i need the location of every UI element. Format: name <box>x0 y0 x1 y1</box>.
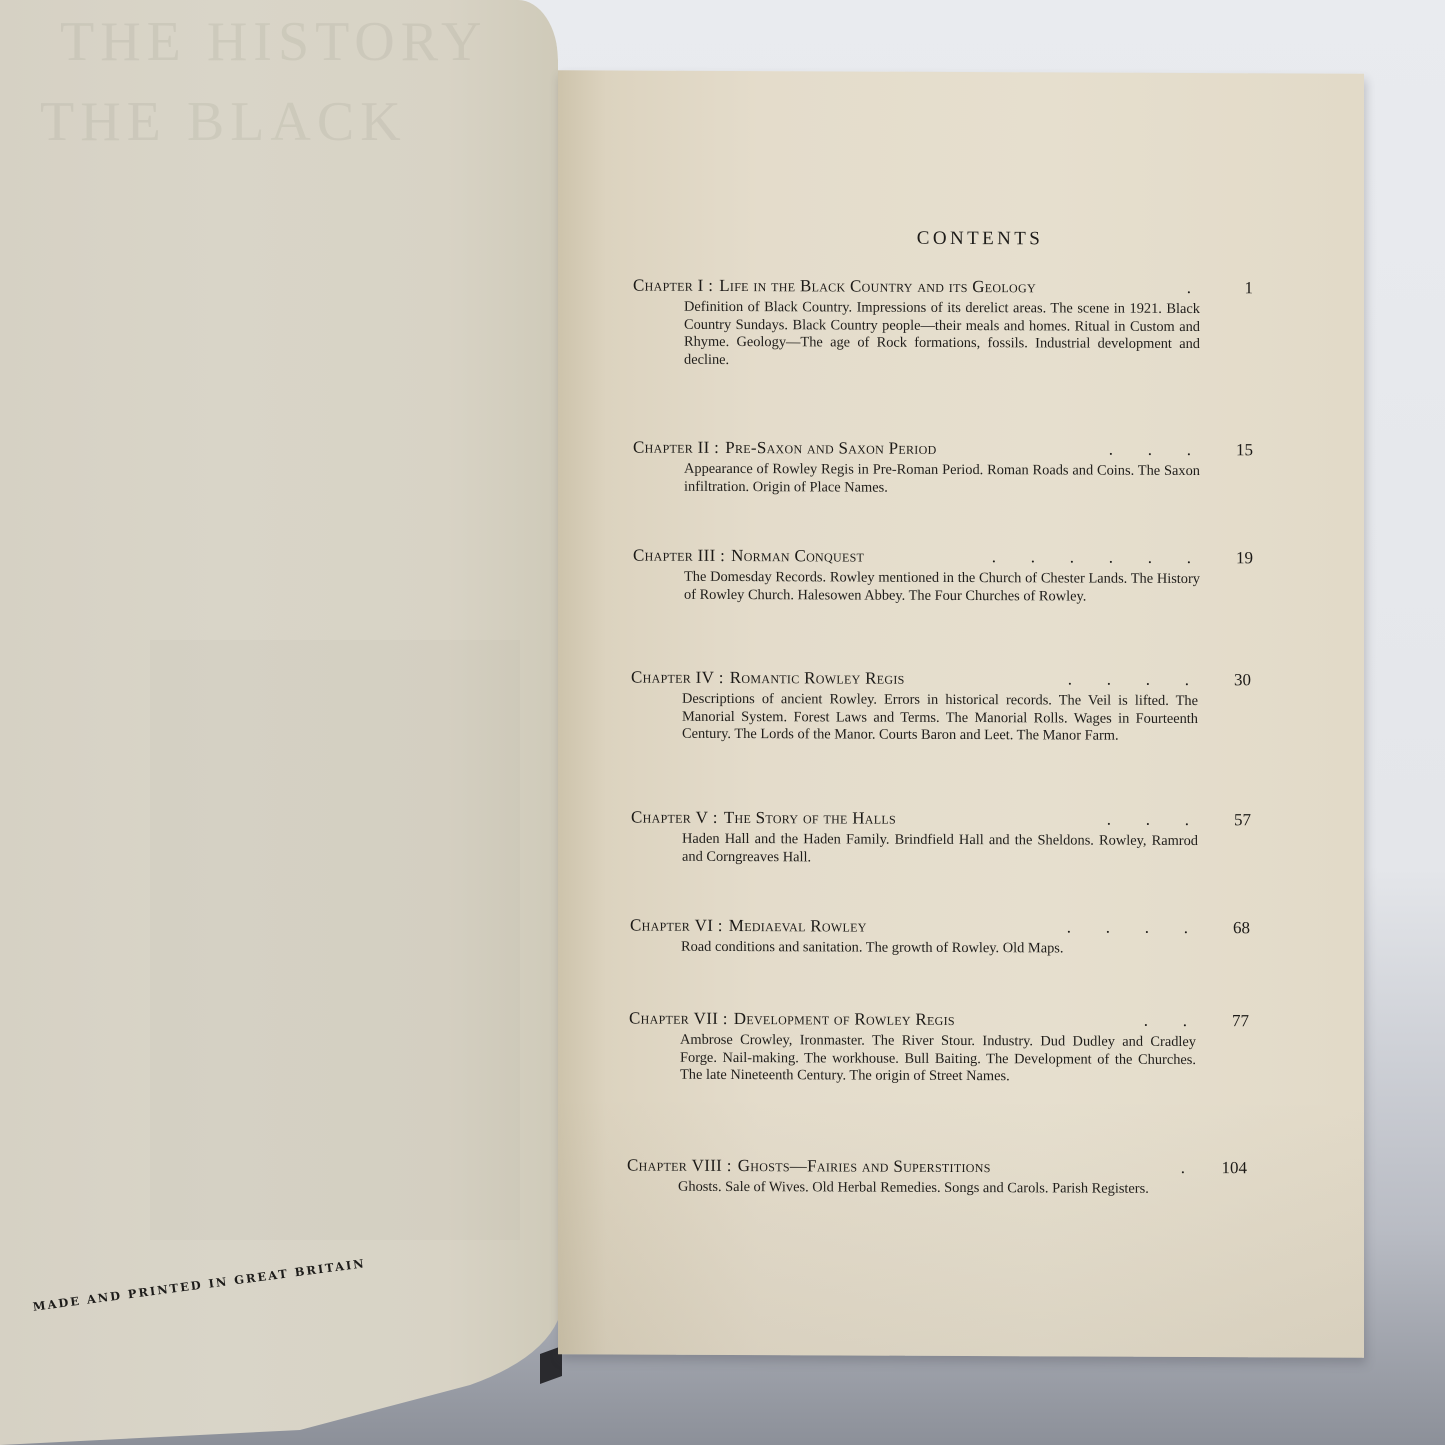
chapter-heading: Chapter II : Pre-Saxon and Saxon Period … <box>633 438 1253 461</box>
contents-page: CONTENTS Chapter I : Life in the Black C… <box>558 70 1364 1358</box>
leader-dot: . <box>1074 547 1113 567</box>
page-number: 68 <box>1198 918 1250 938</box>
chapter-numeral: VIII <box>692 1156 722 1175</box>
dot-leaders: .... <box>905 669 1199 690</box>
leader-dot: . <box>1113 548 1152 568</box>
chapter-heading: Chapter IV : Romantic Rowley Regis .... … <box>631 668 1251 691</box>
chapter-description: Ambrose Crowley, Ironmaster. The River S… <box>680 1032 1196 1087</box>
leader-dot: . <box>1072 809 1111 829</box>
chapter-label: Chapter V : <box>631 808 718 828</box>
chapter-numeral: VII <box>694 1009 719 1028</box>
chapter-title: Mediaeval Rowley <box>729 916 867 937</box>
chapter-title: Norman Conquest <box>731 546 864 567</box>
chapter-numeral: III <box>698 546 716 565</box>
page-number: 30 <box>1199 670 1251 690</box>
dot-leaders: ... <box>896 809 1199 830</box>
photo-scene: THE HISTORY THE BLACK MADE AND PRINTED I… <box>0 0 1445 1445</box>
chapter-label: Chapter VIII : <box>627 1156 732 1176</box>
chapter-numeral: V <box>696 808 709 827</box>
leader-dot: . <box>996 547 1035 567</box>
chapter-entry: Chapter VIII : Ghosts—Fairies and Supers… <box>627 1156 1247 1199</box>
leader-dot: . <box>1152 278 1191 298</box>
chapter-heading: Chapter V : The Story of the Halls ... 5… <box>631 808 1251 831</box>
leader-dot: . <box>1109 1011 1148 1031</box>
chapter-numeral: IV <box>696 668 715 687</box>
leader-dot: . <box>1113 440 1152 460</box>
chapter-heading: Chapter VI : Mediaeval Rowley .... 68 <box>630 916 1250 939</box>
chapter-entry: Chapter V : The Story of the Halls ... 5… <box>631 808 1251 869</box>
chapter-description: Appearance of Rowley Regis in Pre-Roman … <box>684 461 1200 498</box>
leader-dot: . <box>1152 440 1191 460</box>
chapter-title: The Story of the Halls <box>724 808 896 829</box>
leader-dot: . <box>1032 917 1071 937</box>
chapter-entry: Chapter IV : Romantic Rowley Regis .... … <box>631 668 1251 746</box>
chapter-title: Pre-Saxon and Saxon Period <box>725 438 936 459</box>
chapter-numeral: I <box>698 276 704 295</box>
dot-leaders: . <box>991 1157 1195 1178</box>
chapter-description: Road conditions and sanitation. The grow… <box>681 939 1197 959</box>
chapter-entry: Chapter III : Norman Conquest ...... 19 … <box>633 546 1253 607</box>
page-number: 1 <box>1201 278 1253 298</box>
leader-dot: . <box>1111 810 1150 830</box>
leader-dot: . <box>1072 669 1111 689</box>
page-number: 57 <box>1199 810 1251 830</box>
chapter-description: Descriptions of ancient Rowley. Errors i… <box>682 691 1198 746</box>
chapter-title: Ghosts—Fairies and Superstitions <box>738 1156 991 1177</box>
leader-dot: . <box>1150 810 1189 830</box>
chapter-description: Haden Hall and the Haden Family. Brindfi… <box>682 831 1198 868</box>
chapter-numeral: II <box>698 438 710 457</box>
chapter-numeral: VI <box>695 916 714 935</box>
leader-dot: . <box>1071 917 1110 937</box>
dot-leaders: . <box>1036 277 1201 298</box>
contents-heading: CONTENTS <box>558 226 1364 252</box>
show-through-text: THE HISTORY <box>60 10 487 74</box>
page-number: 19 <box>1201 548 1253 568</box>
chapter-label: Chapter IV : <box>631 668 724 688</box>
chapter-heading: Chapter VII : Development of Rowley Regi… <box>629 1009 1249 1032</box>
page-number: 15 <box>1201 440 1253 460</box>
dot-leaders: ...... <box>864 547 1201 568</box>
leader-dot: . <box>957 547 996 567</box>
chapter-list: Chapter I : Life in the Black Country an… <box>558 70 1364 74</box>
chapter-label: Chapter I : <box>633 276 713 296</box>
leader-dot: . <box>1149 918 1188 938</box>
leader-dot: . <box>1111 670 1150 690</box>
chapter-label: Chapter II : <box>633 438 719 458</box>
page-number: 77 <box>1197 1011 1249 1031</box>
chapter-heading: Chapter I : Life in the Black Country an… <box>633 276 1253 299</box>
chapter-label: Chapter VII : <box>629 1009 728 1029</box>
chapter-description: Ghosts. Sale of Wives. Old Herbal Remedi… <box>678 1179 1194 1199</box>
chapter-entry: Chapter I : Life in the Black Country an… <box>633 276 1253 372</box>
chapter-entry: Chapter VII : Development of Rowley Regi… <box>629 1009 1249 1087</box>
chapter-entry: Chapter II : Pre-Saxon and Saxon Period … <box>633 438 1253 499</box>
leader-dot: . <box>1146 1158 1185 1178</box>
leader-dot: . <box>1150 670 1189 690</box>
dot-leaders: .... <box>867 917 1198 938</box>
imprint-text: MADE AND PRINTED IN GREAT BRITAIN <box>32 1256 366 1314</box>
chapter-title: Romantic Rowley Regis <box>730 668 905 689</box>
chapter-description: The Domesday Records. Rowley mentioned i… <box>684 569 1200 606</box>
chapter-label: Chapter III : <box>633 546 725 566</box>
leader-dot: . <box>1152 548 1191 568</box>
chapter-description: Definition of Black Country. Impressions… <box>684 299 1200 372</box>
leader-dot: . <box>1074 439 1113 459</box>
chapter-heading: Chapter III : Norman Conquest ...... 19 <box>633 546 1253 569</box>
leader-dot: . <box>1033 669 1072 689</box>
leader-dot: . <box>1035 547 1074 567</box>
dot-leaders: ... <box>937 439 1201 460</box>
chapter-heading: Chapter VIII : Ghosts—Fairies and Supers… <box>627 1156 1247 1179</box>
leader-dot: . <box>1148 1011 1187 1031</box>
chapter-title: Life in the Black Country and its Geolog… <box>719 276 1036 297</box>
chapter-title: Development of Rowley Regis <box>734 1009 955 1030</box>
show-through-text: THE BLACK <box>40 90 407 154</box>
left-page: THE HISTORY THE BLACK MADE AND PRINTED I… <box>0 0 558 1445</box>
dot-leaders: .. <box>955 1010 1197 1031</box>
page-number: 104 <box>1195 1158 1247 1178</box>
chapter-label: Chapter VI : <box>630 916 723 936</box>
chapter-entry: Chapter VI : Mediaeval Rowley .... 68 Ro… <box>630 916 1250 959</box>
show-through-block <box>150 640 520 1240</box>
leader-dot: . <box>1110 918 1149 938</box>
